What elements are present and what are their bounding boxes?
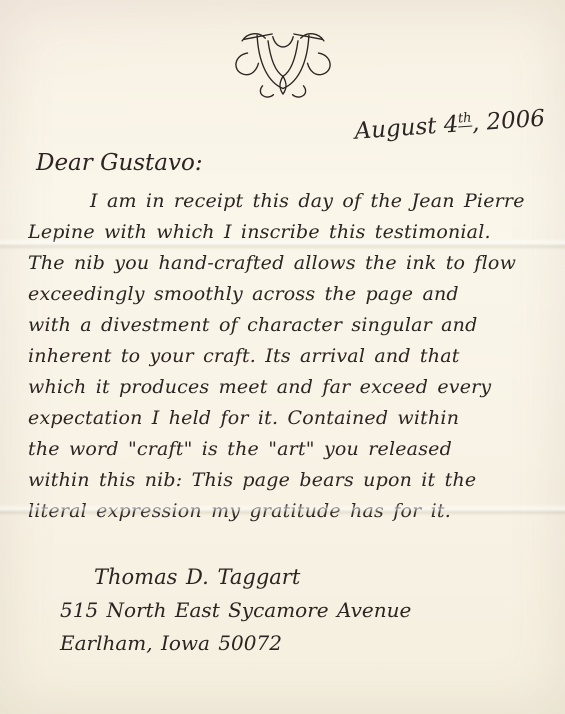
body-line: inherent to your craft. Its arrival and … — [28, 341, 539, 372]
address-line-2: Earlham, Iowa 50072 — [60, 627, 565, 660]
body-line: within this nib: This page bears upon it… — [28, 465, 539, 496]
letter-body: I am in receipt this day of the Jean Pie… — [28, 186, 539, 527]
date-month-day: August 4 — [354, 112, 460, 145]
signature-block: Thomas D. Taggart 515 North East Sycamor… — [60, 561, 565, 660]
date-year: , 2006 — [471, 105, 546, 136]
body-line: with a divestment of character singular … — [28, 310, 539, 341]
body-line: literal expression my gratitude has for … — [28, 496, 539, 527]
signature: Thomas D. Taggart — [94, 561, 565, 594]
date-ordinal-suffix: th — [457, 111, 472, 128]
monogram-icon — [208, 16, 358, 112]
address-line-1: 515 North East Sycamore Avenue — [60, 594, 565, 627]
body-line: The nib you hand-crafted allows the ink … — [28, 248, 539, 279]
body-line: I am in receipt this day of the Jean Pie… — [28, 186, 539, 217]
body-line: Lepine with which I inscribe this testim… — [28, 217, 539, 248]
body-line: which it produces meet and far exceed ev… — [28, 372, 539, 403]
body-line: expectation I held for it. Contained wit… — [28, 403, 539, 434]
body-line: the word "craft" is the "art" you releas… — [28, 434, 539, 465]
letter-page: August 4th, 2006 Dear Gustavo: I am in r… — [0, 0, 565, 714]
body-line: exceedingly smoothly across the page and — [28, 279, 539, 310]
